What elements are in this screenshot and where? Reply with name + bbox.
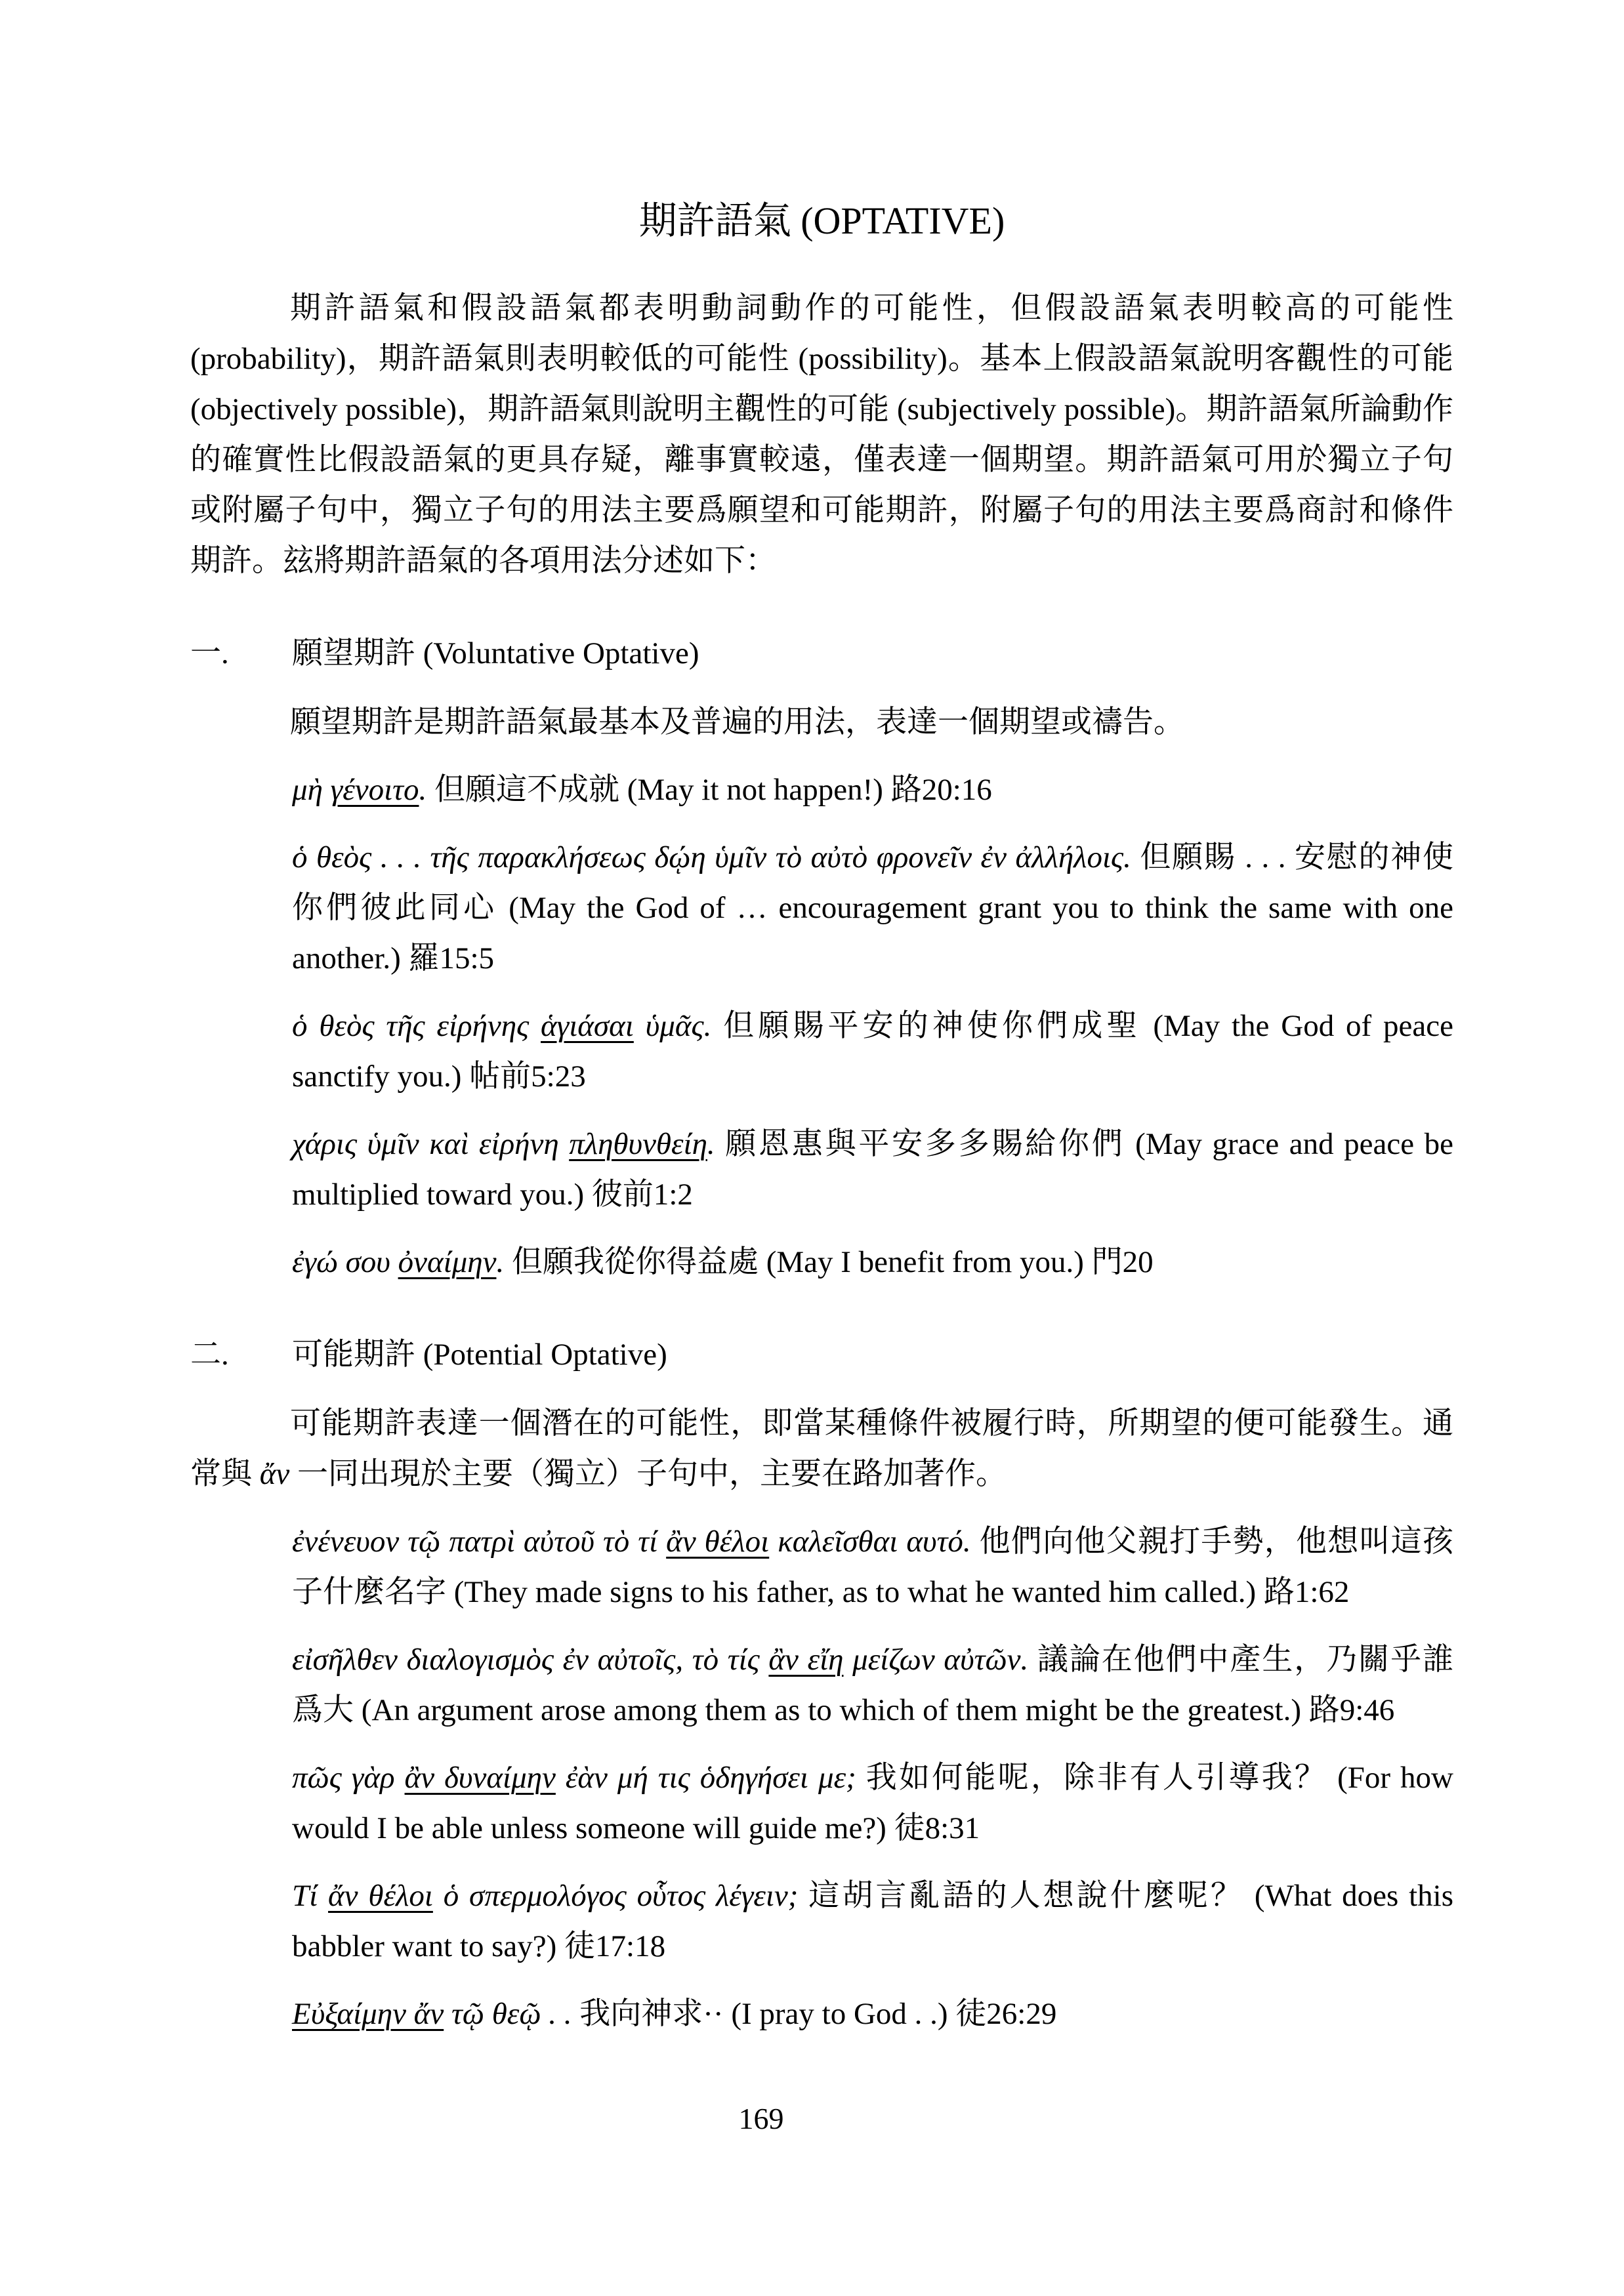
greek-text: πῶς γὰρ	[292, 1761, 405, 1795]
section-heading: 一. 願望期許 (Voluntative Optative)	[190, 628, 1453, 679]
section-heading: 二. 可能期許 (Potential Optative)	[190, 1330, 1453, 1380]
greek-text: ὀναίμην	[398, 1245, 497, 1279]
greek-text: ἄν θέλοι	[328, 1879, 433, 1913]
example-item: πῶς γὰρ ἂν δυναίμην ἐὰν μή τις ὁδηγήσει …	[292, 1753, 1453, 1854]
text-run: 我向神求·· (I pray to God . .) 徒26:29	[579, 1997, 1056, 2031]
greek-text: ἂν δυναίμην	[405, 1761, 556, 1795]
greek-text: ἂν θέλοι	[666, 1525, 769, 1559]
greek-text: Τί	[292, 1879, 328, 1913]
greek-text: γένοιτο	[331, 773, 419, 807]
greek-text: τῷ θεῷ . .	[444, 1997, 579, 2031]
greek-text: .	[419, 773, 434, 807]
greek-text: ἄν	[260, 1457, 290, 1491]
section-voluntative: 一. 願望期許 (Voluntative Optative) 願望期許是期許語氣…	[190, 628, 1453, 1288]
section-potential: 二. 可能期許 (Potential Optative) 可能期許表達一個潛在的…	[190, 1330, 1453, 2040]
greek-text: .	[496, 1245, 512, 1279]
greek-text: ὁ σπερμολόγος οὗτος λέγειν;	[433, 1879, 808, 1913]
greek-text: .	[707, 1127, 725, 1161]
example-item: εἰσῆλθεν διαλογισμὸς ἐν αὐτοῖς, τὸ τίς ἂ…	[292, 1635, 1453, 1736]
greek-text: ἂν εἴη	[768, 1643, 843, 1677]
greek-text: μείζων αὐτῶν.	[844, 1643, 1037, 1677]
example-item: Εὐξαίμην ἄν τῷ θεῷ . . 我向神求·· (I pray to…	[292, 1989, 1453, 2040]
greek-text: ἐγώ σου	[292, 1245, 398, 1279]
greek-text: ἁγιάσαι	[541, 1009, 634, 1043]
greek-text: ἐνένευον τῷ πατρὶ αὐτοῦ τὸ τί	[292, 1525, 666, 1559]
text-run: 願望期許是期許語氣最基本及普遍的用法，表達一個期望或禱告。	[290, 705, 1184, 739]
section-description: 願望期許是期許語氣最基本及普遍的用法，表達一個期望或禱告。	[190, 697, 1453, 748]
greek-text: εἰσῆλθεν διαλογισμὸς ἐν αὐτοῖς, τὸ τίς	[292, 1643, 768, 1677]
page-number: 169	[722, 2102, 801, 2135]
example-item: ἐγώ σου ὀναίμην. 但願我從你得益處 (May I benefit…	[292, 1237, 1453, 1288]
greek-text: ἐὰν μή τις ὁδηγήσει με;	[556, 1761, 866, 1795]
greek-text: ὑμᾶς.	[634, 1009, 723, 1043]
greek-text: μὴ	[292, 773, 331, 807]
example-item: μὴ γένοιτο. 但願這不成就 (May it not happen!) …	[292, 765, 1453, 815]
greek-text: ὁ θεὸς τῆς εἰρήνης	[292, 1009, 541, 1043]
example-item: ὁ θεὸς τῆς εἰρήνης ἁγιάσαι ὑμᾶς. 但願賜平安的神…	[292, 1001, 1453, 1102]
page-title: 期許語氣 (OPTATIVE)	[190, 195, 1453, 247]
text-run: 一同出現於主要（獨立）子句中，主要在路加著作。	[289, 1457, 1007, 1491]
greek-text: χάρις ὑμῖν καὶ εἰρήνη	[292, 1127, 569, 1161]
greek-text: καλεῖσθαι αυτό.	[769, 1525, 979, 1559]
section-number: 一.	[190, 628, 292, 679]
section-number: 二.	[190, 1330, 292, 1380]
example-item: Τί ἄν θέλοι ὁ σπερμολόγος οὗτος λέγειν; …	[292, 1871, 1453, 1972]
document-page: 期許語氣 (OPTATIVE) 期許語氣和假設語氣都表明動詞動作的可能性，但假設…	[0, 0, 1624, 2296]
example-item: ἐνένευον τῷ πατρὶ αὐτοῦ τὸ τί ἂν θέλοι κ…	[292, 1517, 1453, 1618]
example-item: ὁ θεὸς . . . τῆς παρακλήσεως δῴη ὑμῖν τὸ…	[292, 832, 1453, 984]
section-heading-label: 可能期許 (Potential Optative)	[292, 1330, 667, 1380]
greek-text: Εὐξαίμην ἄν	[292, 1997, 444, 2031]
text-run: 但願這不成就 (May it not happen!) 路20:16	[434, 773, 992, 807]
example-list: ἐνένευον τῷ πατρὶ αὐτοῦ τὸ τί ἂν θέλοι κ…	[190, 1517, 1453, 2040]
text-run: 但願我從你得益處 (May I benefit from you.) 門20	[512, 1245, 1154, 1279]
greek-text: πληθυνθείη	[569, 1127, 707, 1161]
section-heading-label: 願望期許 (Voluntative Optative)	[292, 628, 699, 679]
example-list: μὴ γένοιτο. 但願這不成就 (May it not happen!) …	[190, 765, 1453, 1288]
section-description: 可能期許表達一個潛在的可能性，即當某種條件被履行時，所期望的便可能發生。通常與 …	[190, 1399, 1453, 1500]
example-item: χάρις ὑμῖν καὶ εἰρήνη πληθυνθείη. 願恩惠與平安…	[292, 1119, 1453, 1220]
page-content: 期許語氣 (OPTATIVE) 期許語氣和假設語氣都表明動詞動作的可能性，但假設…	[190, 0, 1453, 2057]
intro-paragraph: 期許語氣和假設語氣都表明動詞動作的可能性，但假設語氣表明較高的可能性 (prob…	[190, 283, 1453, 586]
greek-text: ὁ θεὸς . . . τῆς παρακλήσεως δῴη ὑμῖν τὸ…	[292, 840, 1140, 874]
